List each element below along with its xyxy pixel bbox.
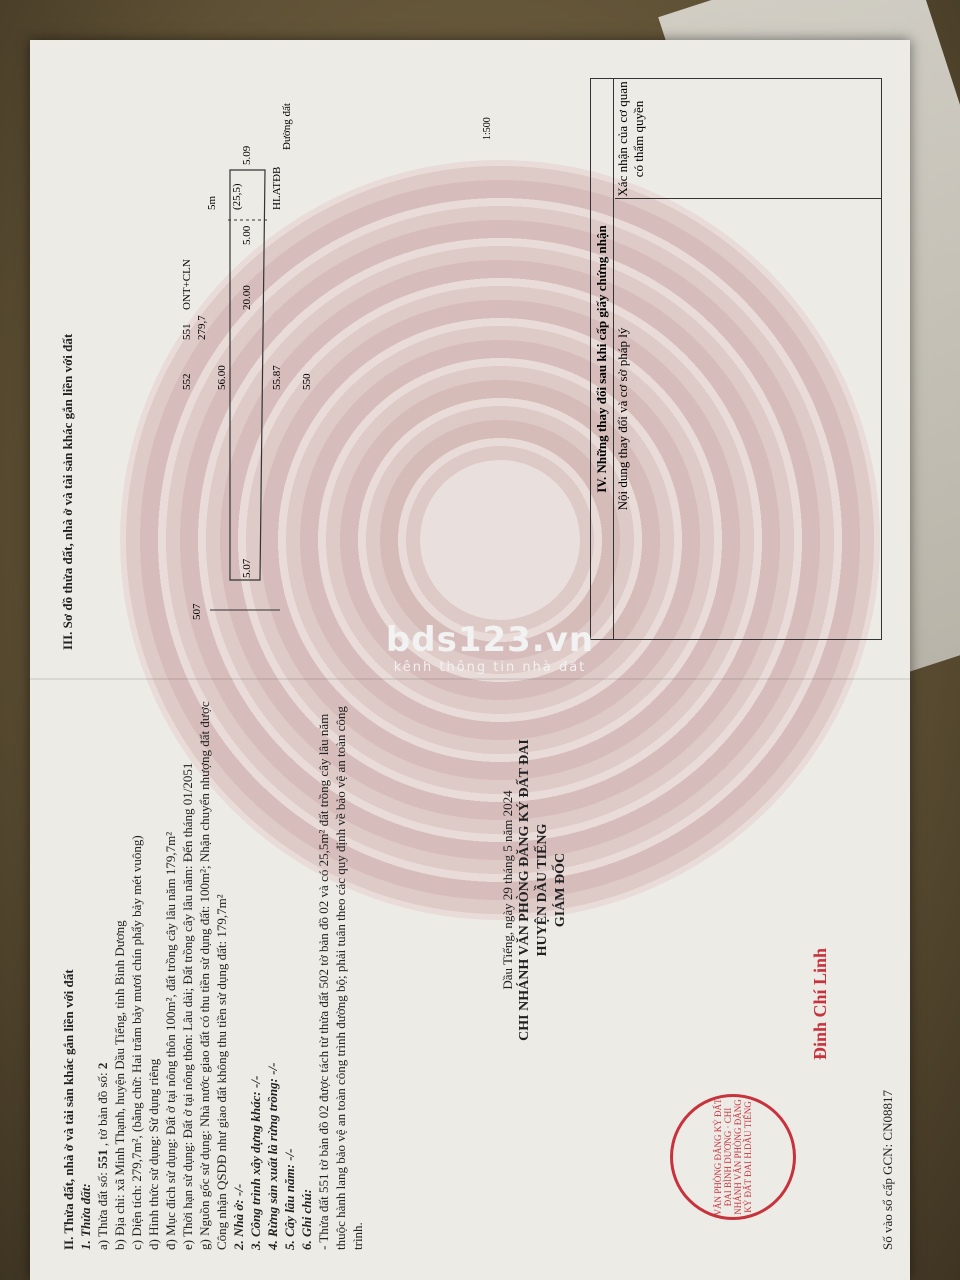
use-origin: g) Nguồn gốc sử dụng: Nhà nước giao đất … [196, 690, 230, 1250]
position: GIÁM ĐỐC [552, 700, 570, 1080]
svg-text:20.00: 20.00 [241, 285, 253, 310]
svg-text:507: 507 [191, 603, 203, 620]
section-3-title: III. Sơ đồ thửa đất, nhà ở và tài sản kh… [60, 70, 76, 650]
watermark-tagline: kênh thông tin nhà đất [370, 660, 610, 675]
notes: - Thửa đất 551 tờ bản đồ 02 được tách từ… [315, 690, 366, 1250]
changes-table: IV. Những thay đổi sau khi cấp giấy chứn… [590, 78, 882, 640]
org-line-1: CHI NHÁNH VĂN PHÒNG ĐĂNG KÝ ĐẤT ĐAI [516, 700, 534, 1080]
svg-text:55.87: 55.87 [271, 365, 283, 390]
svg-text:550: 550 [301, 373, 313, 390]
svg-text:ONT+CLN: ONT+CLN [181, 259, 193, 310]
signature-block: Dầu Tiếng, ngày 29 tháng 5 năm 2024 CHI … [500, 700, 570, 1080]
changes-column: Nội dung thay đổi và cơ sở pháp lý [615, 198, 881, 639]
section-2: II. Thửa đất, nhà ở và tài sản khác gắn … [60, 690, 366, 1250]
use-form: d) Hình thức sử dụng: Sử dụng riêng [145, 690, 162, 1250]
area: c) Diện tích: 279,7m², (bằng chữ: Hai tr… [128, 690, 145, 1250]
use-term: e) Thời hạn sử dụng: Đất ở tại nông thôn… [179, 690, 196, 1250]
serial-number: Số vào sổ cấp GCN: CN08817 [880, 1090, 896, 1250]
confirmation-column: Xác nhận của cơ quan có thẩm quyền [615, 79, 647, 199]
svg-text:5.07: 5.07 [241, 558, 253, 578]
other-works: 3. Công trình xây dựng khác: -/- [247, 690, 264, 1250]
svg-text:5.09: 5.09 [241, 145, 253, 165]
house: 2. Nhà ở: -/- [230, 690, 247, 1250]
section-2-title: II. Thửa đất, nhà ở và tài sản khác gắn … [60, 690, 77, 1250]
parcel-map: 5.07 56.00 55.87 20.00 5.00 5.09 507 552… [90, 80, 510, 640]
section-3: III. Sơ đồ thửa đất, nhà ở và tài sản kh… [60, 70, 76, 650]
forest: 4. Rừng sản xuất là rừng trồng: -/- [264, 690, 281, 1250]
org-line-2: HUYỆN DẦU TIẾNG [534, 700, 552, 1080]
svg-text:56.00: 56.00 [216, 365, 228, 390]
page-fold [30, 678, 910, 680]
svg-text:Đường đất: Đường đất [281, 103, 293, 150]
notes-heading: 6. Ghi chú: [298, 690, 315, 1250]
signer-name: Đinh Chí Linh [810, 948, 831, 1060]
site-watermark: bds123.vn kênh thông tin nhà đất [370, 620, 610, 675]
use-purpose: đ) Mục đích sử dụng: Đất ở tại nông thôn… [162, 690, 179, 1250]
svg-text:1:500: 1:500 [482, 117, 493, 140]
address: b) Địa chỉ: xã Minh Thạnh, huyện Dầu Tiế… [111, 690, 128, 1250]
perennial: 5. Cây lâu năm: -/- [281, 690, 298, 1250]
svg-text:551: 551 [181, 324, 193, 341]
svg-text:279,7: 279,7 [196, 315, 208, 340]
svg-text:5.00: 5.00 [241, 225, 253, 245]
date-line: Dầu Tiếng, ngày 29 tháng 5 năm 2024 [500, 700, 516, 1080]
svg-text:5m: 5m [206, 196, 218, 211]
red-stamp: VĂN PHÒNG ĐĂNG KÝ ĐẤT ĐAI BÌNH DƯƠNG · C… [670, 1094, 796, 1220]
parcel-number-line: a) Thửa đất số: 551 , tờ bản đồ số: 2 [94, 690, 111, 1250]
svg-text:552: 552 [181, 374, 193, 391]
watermark-brand: bds123.vn [370, 620, 610, 660]
section-4-title: IV. Những thay đổi sau khi cấp giấy chứn… [591, 79, 614, 639]
map-sheet-number: 2 [95, 1063, 110, 1070]
land-heading: 1. Thửa đất: [77, 690, 94, 1250]
svg-text:HLATĐB: HLATĐB [271, 167, 283, 210]
parcel-number: 551 [95, 1149, 110, 1169]
svg-text:(25,5): (25,5) [231, 183, 243, 210]
